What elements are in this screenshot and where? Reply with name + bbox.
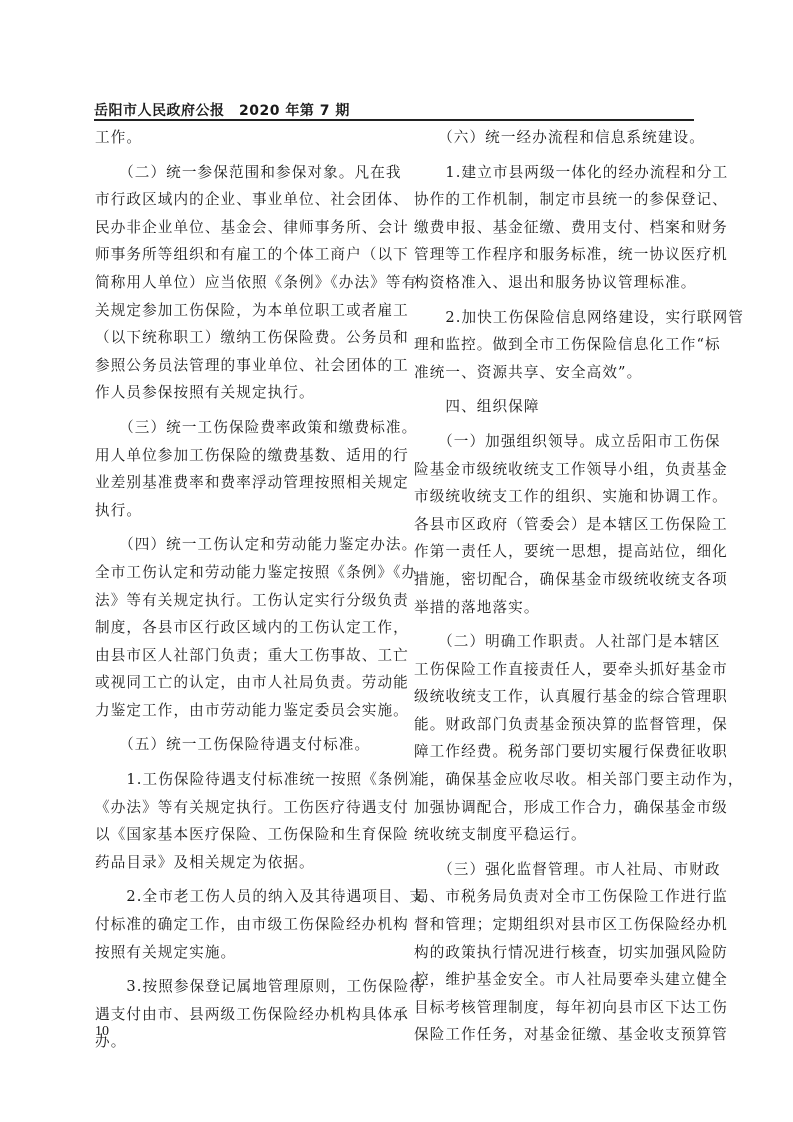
text-line: （三）统一工伤保险费率政策和缴费标准。 — [95, 414, 381, 442]
text-line: 简称用人单位）应当依照《条例》《办法》等有 — [95, 269, 381, 297]
text-line: 各县市区政府（管委会）是本辖区工伤保险工 — [414, 511, 700, 539]
paragraph: （三）强化监督管理。市人社局、市财政局、市税务局负责对全市工伤保险工作进行监督和… — [414, 856, 700, 1049]
text-line: 以《国家基本医疗保险、工伤保险和生育保险 — [95, 821, 381, 849]
text-line: 加强协调配合，形成工作合力，确保基金市级 — [414, 794, 700, 822]
text-line: 理和监控。做到全市工伤保险信息化工作“标 — [414, 331, 700, 359]
text-line: 由县市区人社部门负责；重大工伤事故、工亡 — [95, 642, 381, 670]
text-line: 业差别基准费率和费率浮动管理按照相关规定 — [95, 469, 381, 497]
text-line: 参照公务员法管理的事业单位、社会团体的工 — [95, 352, 381, 380]
text-line: 措施，密切配合，确保基金市级统收统支各项 — [414, 566, 700, 594]
text-line: （二）明确工作职责。人社部门是本辖区 — [414, 628, 700, 656]
text-line: 民办非企业单位、基金会、律师事务所、会计 — [95, 214, 381, 242]
text-line: 师事务所等组织和有雇工的个体工商户（以下 — [95, 241, 381, 269]
text-line: 险基金市级统收统支工作领导小组，负责基金 — [414, 456, 700, 484]
paragraph-gap — [95, 524, 381, 531]
paragraph-gap — [414, 421, 700, 428]
paragraph-gap — [95, 407, 381, 414]
text-line: 2.全市老工伤人员的纳入及其待遇项目、支 — [95, 883, 381, 911]
paragraph: 1.工伤保险待遇支付标准统一按照《条例》《办法》等有关规定执行。工伤医疗待遇支付… — [95, 766, 381, 876]
text-line: 全市工伤认定和劳动能力鉴定按照《条例》《办 — [95, 559, 381, 587]
text-line: 督和管理；定期组织对县市区工伤保险经办机 — [414, 911, 700, 939]
text-line: 构资格准入、退出和服务协议管理标准。 — [414, 269, 700, 297]
text-line: 准统一、资源共享、安全高效”。 — [414, 359, 700, 387]
text-line: 市级统收统支工作的组织、实施和协调工作。 — [414, 483, 700, 511]
text-line: 举措的落地落实。 — [414, 594, 700, 622]
text-line: （二）统一参保范围和参保对象。凡在我 — [95, 159, 381, 187]
paragraph: （五）统一工伤保险待遇支付标准。 — [95, 731, 381, 759]
text-line: 管理等工作程序和服务标准，统一协议医疗机 — [414, 241, 700, 269]
right-column: （六）统一经办流程和信息系统建设。 1.建立市县两级一体化的经办流程和分工协作的… — [414, 124, 700, 1049]
text-line: 或视同工亡的认定，由市人社局负责。劳动能 — [95, 669, 381, 697]
paragraph: 2.全市老工伤人员的纳入及其待遇项目、支付标准的确定工作，由市级工伤保险经办机构… — [95, 883, 381, 966]
paragraph: 2.加快工伤保险信息网络建设，实行联网管理和监控。做到全市工伤保险信息化工作“标… — [414, 304, 700, 387]
running-header: 岳阳市人民政府公报 2020 年第 7 期 — [94, 100, 694, 120]
text-line: （三）强化监督管理。市人社局、市财政 — [414, 856, 700, 884]
text-line: （六）统一经办流程和信息系统建设。 — [414, 124, 700, 152]
text-line: 1.建立市县两级一体化的经办流程和分工 — [414, 159, 700, 187]
paragraph-gap — [95, 966, 381, 973]
text-line: 能。财政部门负责基金预决算的监督管理，保 — [414, 711, 700, 739]
text-line: 协作的工作机制，制定市县统一的参保登记、 — [414, 186, 700, 214]
paragraph-gap — [95, 759, 381, 766]
text-line: 付标准的确定工作，由市级工伤保险经办机构 — [95, 911, 381, 939]
text-line: 作人员参保按照有关规定执行。 — [95, 379, 381, 407]
paragraph-gap — [414, 849, 700, 856]
paragraph-gap — [414, 297, 700, 304]
text-line: 统收统支制度平稳运行。 — [414, 821, 700, 849]
paragraph: （三）统一工伤保险费率政策和缴费标准。用人单位参加工伤保险的缴费基数、适用的行业… — [95, 414, 381, 524]
paragraph: 工作。 — [95, 124, 381, 152]
text-line: 制度，各县市区行政区域内的工伤认定工作， — [95, 614, 381, 642]
text-line: 四、组织保障 — [414, 393, 700, 421]
page-number: 10 — [95, 1024, 109, 1040]
publication-title: 岳阳市人民政府公报 2020 年第 7 期 — [94, 100, 350, 120]
text-line: 力鉴定工作，由市劳动能力鉴定委员会实施。 — [95, 697, 381, 725]
paragraph: （四）统一工伤认定和劳动能力鉴定办法。全市工伤认定和劳动能力鉴定按照《条例》《办… — [95, 531, 381, 724]
text-line: （以下统称职工）缴纳工伤保险费。公务员和 — [95, 324, 381, 352]
text-line: 用人单位参加工伤保险的缴费基数、适用的行 — [95, 442, 381, 470]
text-line: 办。 — [95, 1028, 381, 1056]
text-line: 按照有关规定实施。 — [95, 939, 381, 967]
text-line: 执行。 — [95, 497, 381, 525]
text-line: 障工作经费。税务部门要切实履行保费征收职 — [414, 738, 700, 766]
text-line: 构的政策执行情况进行核查，切实加强风险防 — [414, 939, 700, 967]
paragraph: （二）统一参保范围和参保对象。凡在我市行政区域内的企业、事业单位、社会团体、民办… — [95, 159, 381, 407]
paragraph: （一）加强组织领导。成立岳阳市工伤保险基金市级统收统支工作领导小组，负责基金市级… — [414, 428, 700, 621]
text-line: 关规定参加工伤保险，为本单位职工或者雇工 — [95, 297, 381, 325]
text-line: 级统收统支工作，认真履行基金的综合管理职 — [414, 683, 700, 711]
text-line: 3.按照参保登记属地管理原则，工伤保险待 — [95, 973, 381, 1001]
paragraph: （六）统一经办流程和信息系统建设。 — [414, 124, 700, 152]
text-line: 工伤保险工作直接责任人，要牵头抓好基金市 — [414, 656, 700, 684]
paragraph-gap — [95, 724, 381, 731]
text-line: 工作。 — [95, 124, 381, 152]
text-line: 保险工作任务，对基金征缴、基金收支预算管 — [414, 1021, 700, 1049]
text-line: 法》等有关规定执行。工伤认定实行分级负责 — [95, 587, 381, 615]
text-line: 作第一责任人，要统一思想，提高站位，细化 — [414, 538, 700, 566]
text-line: （四）统一工伤认定和劳动能力鉴定办法。 — [95, 531, 381, 559]
text-line: 《办法》等有关规定执行。工伤医疗待遇支付 — [95, 794, 381, 822]
header-rule — [94, 119, 694, 121]
text-line: 控，维护基金安全。市人社局要牵头建立健全 — [414, 966, 700, 994]
text-line: （一）加强组织领导。成立岳阳市工伤保 — [414, 428, 700, 456]
text-line: 缴费申报、基金征缴、费用支付、档案和财务 — [414, 214, 700, 242]
text-line: （五）统一工伤保险待遇支付标准。 — [95, 731, 381, 759]
text-line: 能，确保基金应收尽收。相关部门要主动作为， — [414, 766, 700, 794]
text-line: 市行政区域内的企业、事业单位、社会团体、 — [95, 186, 381, 214]
paragraph: 四、组织保障 — [414, 393, 700, 421]
paragraph-gap — [414, 386, 700, 393]
text-line: 1.工伤保险待遇支付标准统一按照《条例》 — [95, 766, 381, 794]
paragraph: 1.建立市县两级一体化的经办流程和分工协作的工作机制，制定市县统一的参保登记、缴… — [414, 159, 700, 297]
text-line: 遇支付由市、县两级工伤保险经办机构具体承 — [95, 1001, 381, 1029]
text-line: 局、市税务局负责对全市工伤保险工作进行监 — [414, 883, 700, 911]
text-line: 药品目录》及相关规定为依据。 — [95, 849, 381, 877]
left-column: 工作。 （二）统一参保范围和参保对象。凡在我市行政区域内的企业、事业单位、社会团… — [95, 124, 381, 1056]
text-line: 2.加快工伤保险信息网络建设，实行联网管 — [414, 304, 700, 332]
paragraph-gap — [414, 152, 700, 159]
paragraph-gap — [95, 876, 381, 883]
paragraph-gap — [414, 621, 700, 628]
text-line: 目标考核管理制度，每年初向县市区下达工伤 — [414, 994, 700, 1022]
paragraph: 3.按照参保登记属地管理原则，工伤保险待遇支付由市、县两级工伤保险经办机构具体承… — [95, 973, 381, 1056]
paragraph-gap — [95, 152, 381, 159]
paragraph: （二）明确工作职责。人社部门是本辖区工伤保险工作直接责任人，要牵头抓好基金市级统… — [414, 628, 700, 849]
